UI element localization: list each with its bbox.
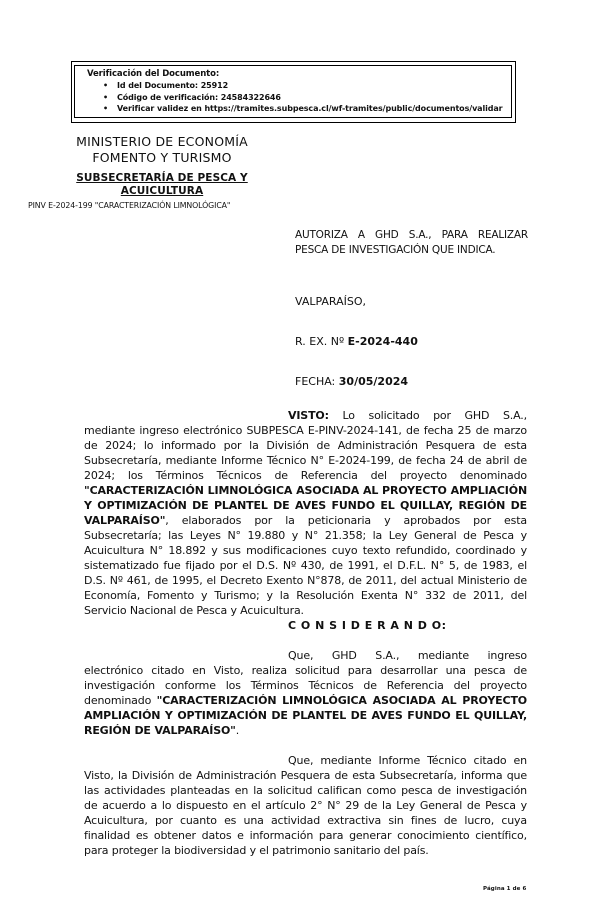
- resolution-subject: AUTORIZA A GHD S.A., PARA REALIZAR PESCA…: [295, 228, 528, 257]
- city-line: VALPARAÍSO,: [295, 295, 366, 308]
- resolution-number-line: R. EX. Nº E-2024-440: [295, 335, 418, 348]
- verification-title: Verificación del Documento:: [87, 69, 505, 80]
- considerando-1-text-end: .: [236, 724, 239, 737]
- letterhead: MINISTERIO DE ECONOMÍA FOMENTO Y TURISMO…: [42, 134, 282, 197]
- resolution-date-line: FECHA: 30/05/2024: [295, 375, 408, 388]
- page-number: Página 1 de 6: [483, 886, 526, 892]
- verification-item-text: Código de verificación: 24584322646: [117, 92, 281, 104]
- verification-item-url: • Verificar validez en https://tramites.…: [87, 103, 505, 115]
- considerando-heading: C O N S I D E R A N D O:: [84, 618, 527, 633]
- considerando-paragraph-2: Que, mediante Informe Técnico citado en …: [84, 753, 527, 858]
- verification-stamp: Verificación del Documento: • Id del Doc…: [71, 61, 516, 123]
- visto-paragraph: VISTO: Lo solicitado por GHD S.A., media…: [84, 408, 527, 618]
- verification-url-text: Verificar validez en https://tramites.su…: [117, 103, 503, 115]
- verification-stamp-inner: Verificación del Documento: • Id del Doc…: [74, 65, 512, 118]
- bullet-icon: •: [103, 80, 117, 92]
- visto-label: VISTO:: [288, 409, 329, 422]
- bullet-icon: •: [103, 103, 117, 115]
- project-reference: PINV E-2024-199 "CARACTERIZACIÓN LIMNOLÓ…: [28, 201, 230, 210]
- resolution-date-label: FECHA:: [295, 375, 339, 388]
- visto-text-2: , elaborados por la peticionaria y aprob…: [84, 514, 527, 617]
- document-page: Verificación del Documento: • Id del Doc…: [0, 0, 600, 918]
- resolution-number-label: R. EX. Nº: [295, 335, 348, 348]
- verification-item-id: • Id del Documento: 25912: [87, 80, 505, 92]
- resolution-number-value: E-2024-440: [348, 335, 418, 348]
- verification-item-text: Id del Documento: 25912: [117, 80, 228, 92]
- ministry-name-line1: MINISTERIO DE ECONOMÍA: [42, 134, 282, 150]
- ministry-name-line2: FOMENTO Y TURISMO: [42, 150, 282, 166]
- bullet-icon: •: [103, 92, 117, 104]
- resolution-date-value: 30/05/2024: [339, 375, 408, 388]
- document-body: VISTO: Lo solicitado por GHD S.A., media…: [84, 408, 527, 858]
- subsecretaria-title: SUBSECRETARÍA DE PESCA Y ACUICULTURA: [75, 172, 250, 197]
- considerando-paragraph-1: Que, GHD S.A., mediante ingreso electrón…: [84, 648, 527, 738]
- verification-item-code: • Código de verificación: 24584322646: [87, 92, 505, 104]
